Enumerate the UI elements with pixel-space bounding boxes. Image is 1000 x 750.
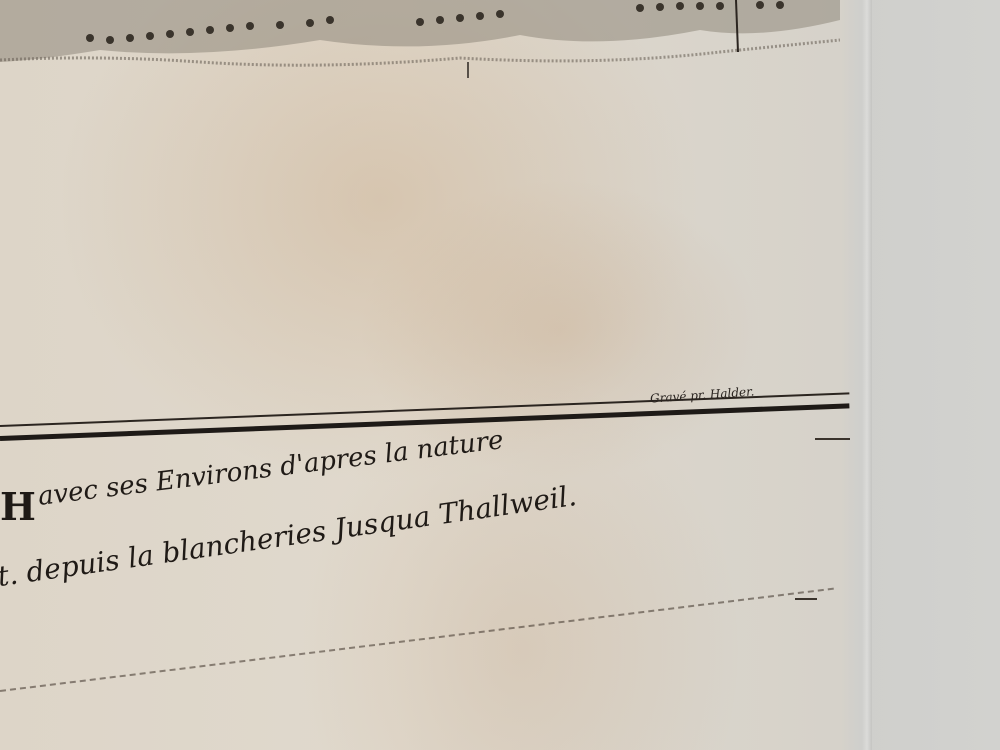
paper-background	[0, 0, 1000, 750]
margin-ink-mark	[815, 438, 850, 440]
title-initial-letter: H	[0, 488, 36, 526]
margin-ink-mark	[795, 598, 817, 600]
engraving-landscape	[0, 0, 840, 80]
paper-margin-fold	[862, 0, 872, 750]
